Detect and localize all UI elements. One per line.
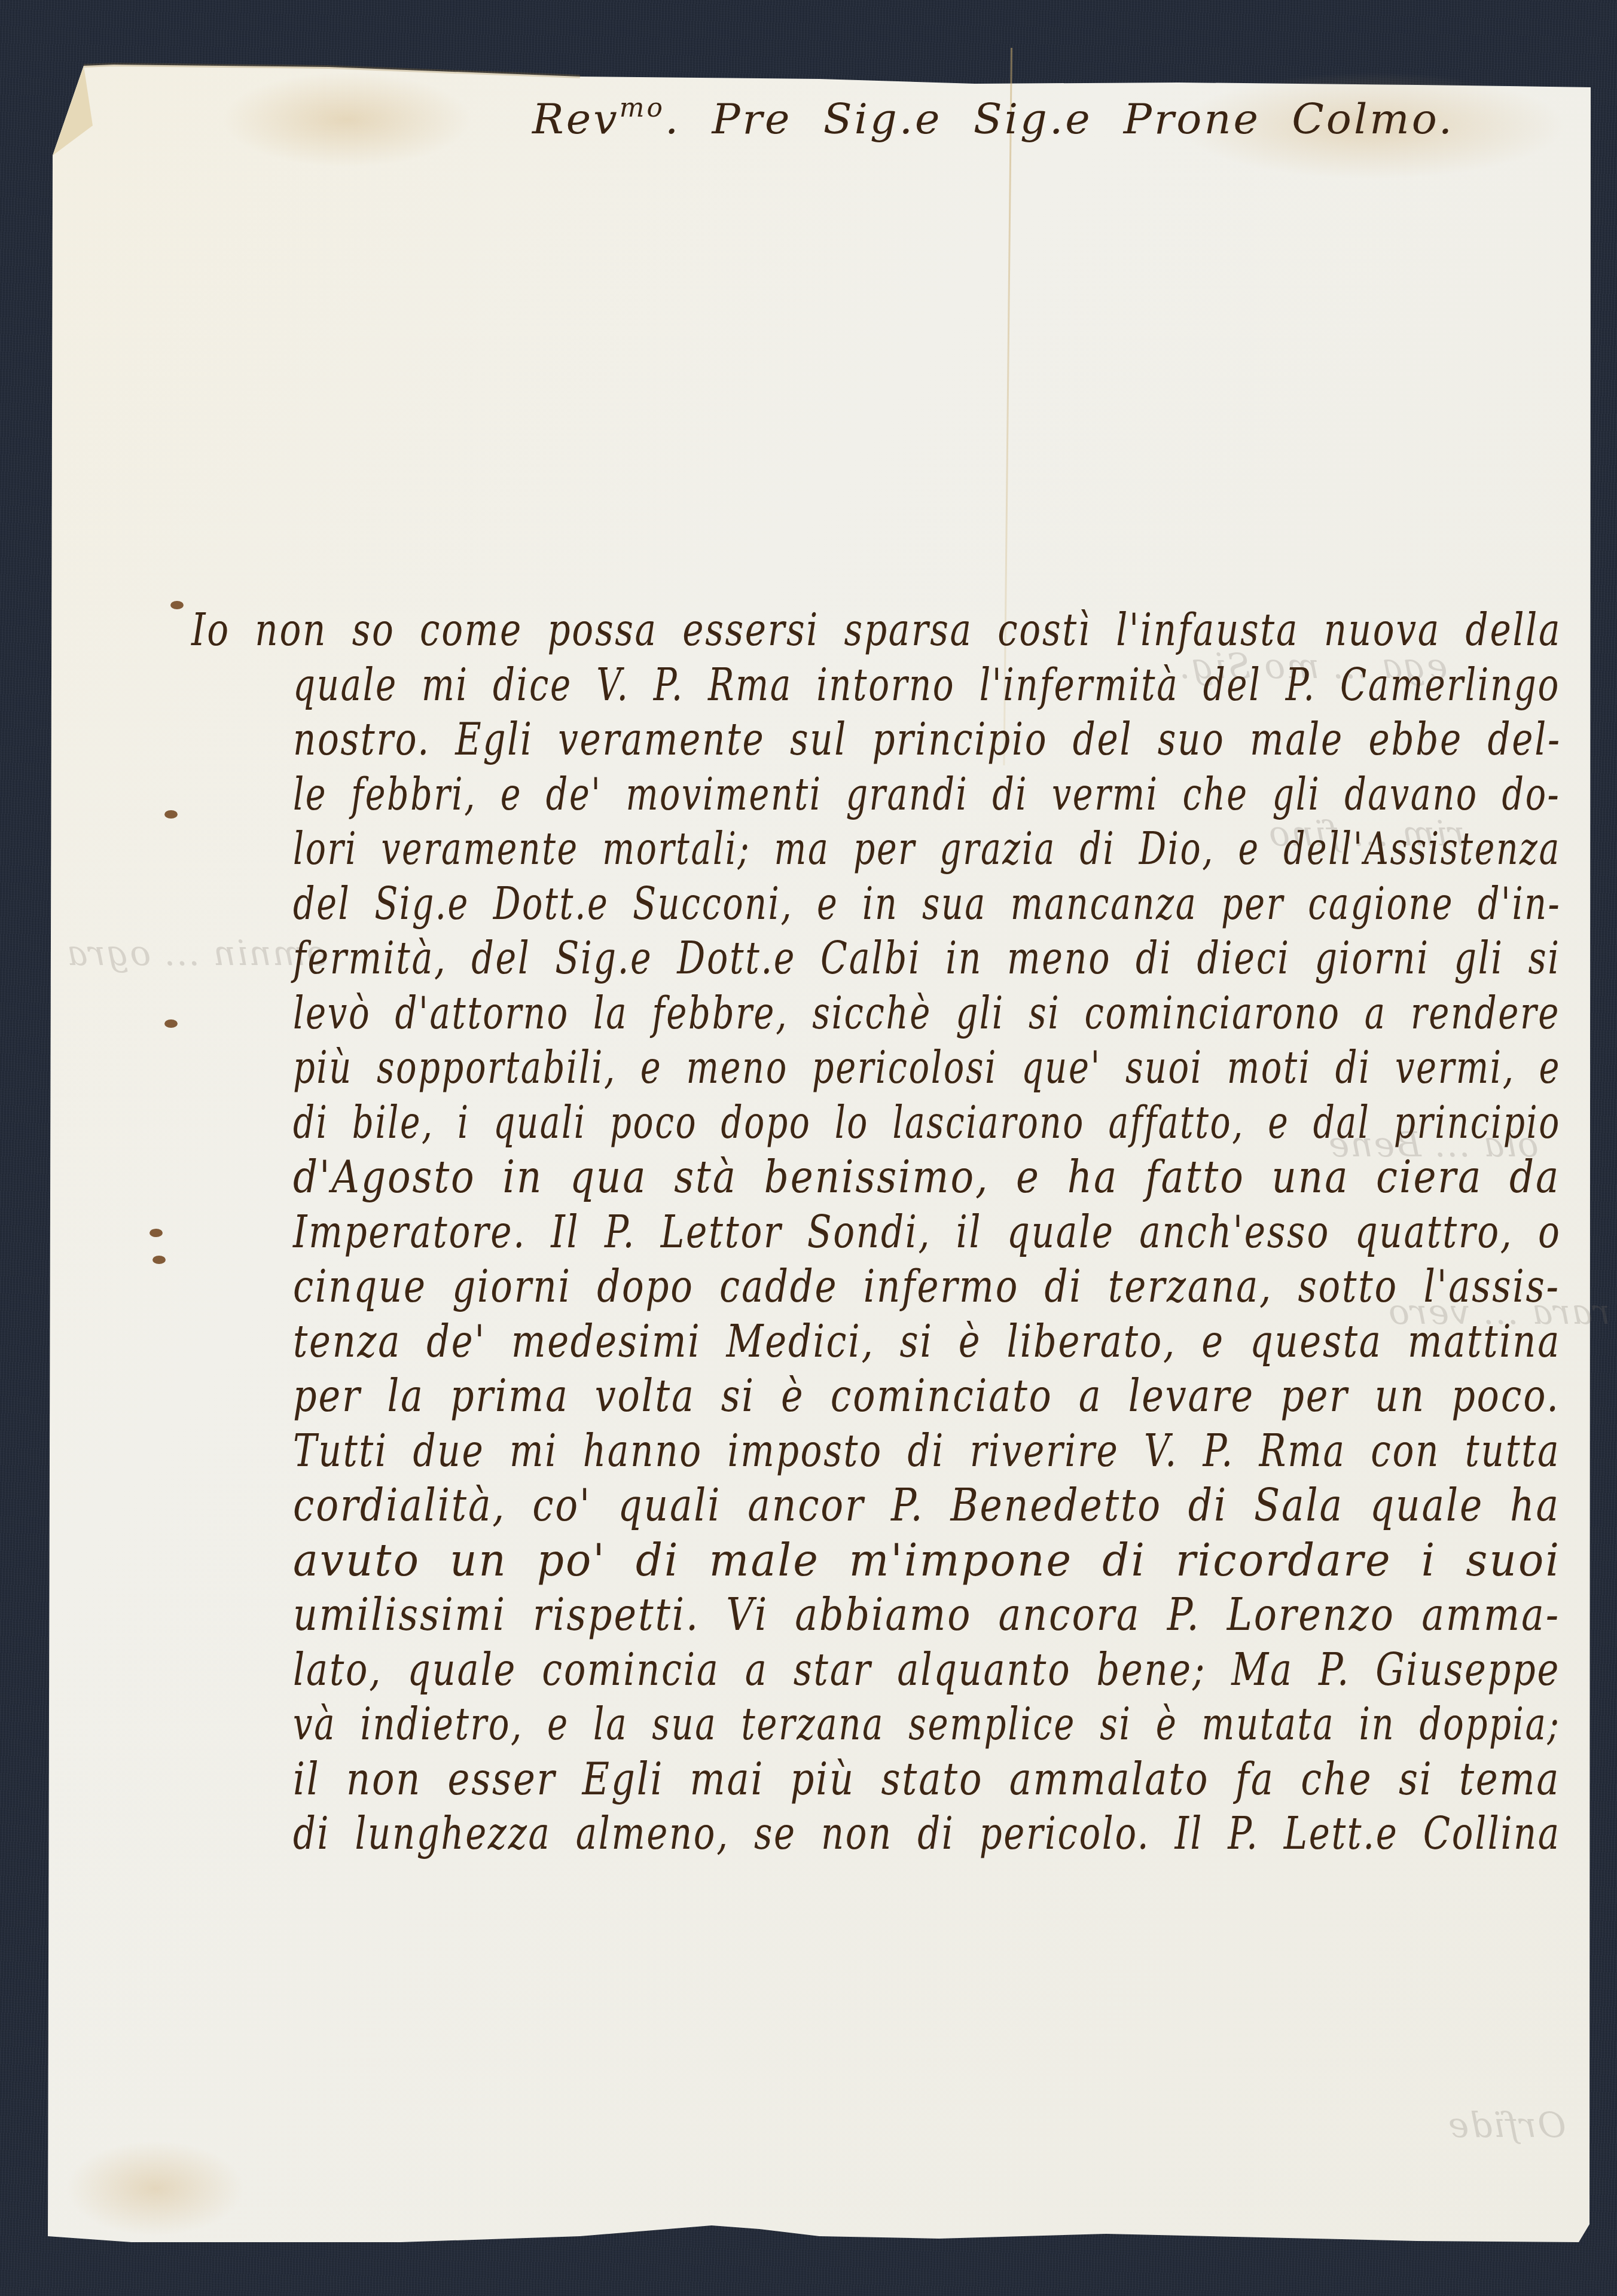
margin-mark [164, 810, 178, 819]
salutation-main: Rev [532, 94, 620, 143]
salutation: Revmo. Pre Sig.e Sig.e Prone Colmo. [532, 93, 1454, 143]
letter-line: di lunghezza almeno, se non di pericolo.… [293, 1808, 1561, 1860]
salutation-rest: . Pre Sig.e Sig.e Prone Colmo. [665, 94, 1454, 143]
letter-line: Tutti due mi hanno imposto di riverire V… [293, 1425, 1560, 1476]
letter-line: tenza de' medesimi Medici, si è liberato… [293, 1315, 1561, 1367]
letter-line: umilissimi rispetti. Vi abbiamo ancora P… [293, 1589, 1560, 1641]
letter-line: il non esser Egli mai più stato ammalato… [293, 1753, 1560, 1805]
letter-line: del Sig.e Dott.e Succoni, e in sua manca… [293, 878, 1561, 929]
letter-sheet: ega ... mo Sig. rim ... fino ola ... Ben… [42, 36, 1591, 2254]
letter-line: Io non so come possa essersi sparsa cost… [191, 604, 1561, 656]
bleed-through-text: omnin ... ogra [66, 933, 328, 973]
letter-line: per la prima volta si è cominciato a lev… [293, 1370, 1560, 1422]
letter-line: nostro. Egli veramente sul principio del… [293, 714, 1561, 765]
letter-line: Imperatore. Il P. Lettor Sondi, il quale… [293, 1206, 1561, 1257]
letter-line: avuto un po' di male m'impone di ricorda… [293, 1534, 1561, 1586]
margin-mark [152, 1256, 166, 1264]
paper-stain [66, 2141, 245, 2236]
letter-line: le febbri, e de' movimenti grandi di ver… [293, 768, 1560, 820]
letter-line: di bile, i quali poco dopo lo lasciarono… [293, 1097, 1561, 1148]
letter-line: fermità, del Sig.e Dott.e Calbi in meno … [293, 933, 1561, 984]
paper-stain [221, 72, 472, 167]
letter-line: quale mi dice V. P. Rma intorno l'inferm… [293, 659, 1560, 710]
letter-line: più sopportabili, e meno pericolosi que'… [293, 1042, 1561, 1094]
margin-mark [170, 601, 184, 609]
margin-mark [150, 1229, 163, 1237]
margin-mark [164, 1019, 178, 1028]
bleed-through-text: Orfide [1447, 2105, 1566, 2145]
letter-line: lato, quale comincia a star alquanto ben… [293, 1644, 1560, 1695]
letter-line: levò d'attorno la febbre, sicchè gli si … [293, 987, 1560, 1039]
letter-line: cinque giorni dopo cadde infermo di terz… [293, 1261, 1560, 1312]
letter-line: lori veramente mortali; ma per grazia di… [293, 823, 1561, 875]
letter-line: cordialità, co' quali ancor P. Benedetto… [293, 1480, 1560, 1531]
letter-line: d'Agosto in qua stà benissimo, e ha fatt… [293, 1152, 1560, 1203]
salutation-superscript: mo [620, 93, 665, 123]
letter-line: và indietro, e la sua terzana semplice s… [293, 1699, 1561, 1750]
